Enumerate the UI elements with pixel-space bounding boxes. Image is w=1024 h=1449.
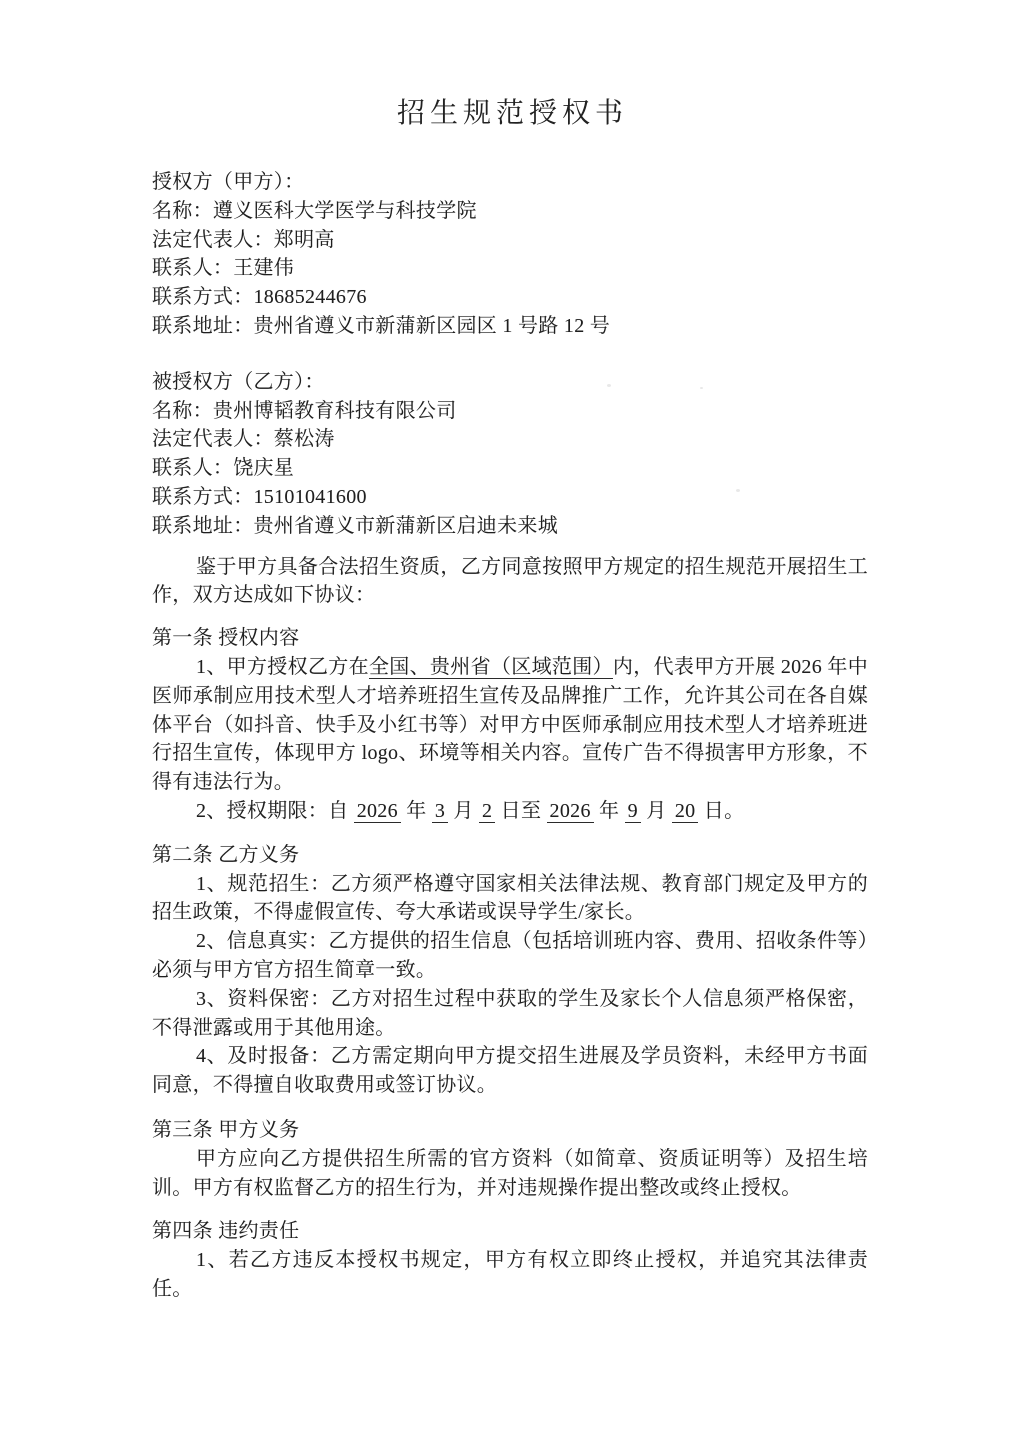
article-4-heading: 第四条 违约责任 [152,1217,868,1246]
party-a-name: 名称：遵义医科大学医学与科技学院 [152,197,868,226]
article-3-section: 第三条 甲方义务 甲方应向乙方提供招生所需的官方资料（如简章、资质证明等）及招生… [152,1116,868,1202]
party-a-address: 联系地址：贵州省遵义市新蒲新区园区 1 号路 12 号 [152,312,868,341]
clause-text: 月 [448,800,479,822]
party-b-heading: 被授权方（乙方）： [152,368,868,397]
preamble-text: 鉴于甲方具备合法招生资质，乙方同意按照甲方规定的招生规范开展招生工作，双方达成如… [152,553,868,611]
underlined-start-year: 2026 [354,800,401,823]
underlined-end-month: 9 [625,800,641,823]
party-b-name: 名称：贵州博韬教育科技有限公司 [152,397,868,426]
party-a-legal-rep: 法定代表人：郑明高 [152,226,868,255]
clause-text: 月 [641,800,672,822]
document-title: 招生规范授权书 [152,94,868,134]
article-4-clause-1: 1、若乙方违反本授权书规定，甲方有权立即终止授权，并追究其法律责任。 [152,1246,868,1304]
party-a-contact: 联系人：王建伟 [152,254,868,283]
party-b-address: 联系地址：贵州省遵义市新蒲新区启迪未来城 [152,512,868,541]
article-1-clause-2: 2、授权期限：自 2026 年 3 月 2 日至 2026 年 9 月 20 日… [152,797,868,826]
article-2-clause-4: 4、及时报备：乙方需定期向甲方提交招生进展及学员资料，未经甲方书面同意，不得擅自… [152,1042,868,1100]
party-b-section: 被授权方（乙方）： 名称：贵州博韬教育科技有限公司 法定代表人：蔡松涛 联系人：… [152,368,868,541]
underlined-end-day: 20 [672,800,699,823]
article-2-clause-1: 1、规范招生：乙方须严格遵守国家相关法律法规、教育部门规定及甲方的招生政策，不得… [152,870,868,928]
underlined-start-month: 3 [432,800,448,823]
party-a-phone: 联系方式：18685244676 [152,283,868,312]
document-page: 招生规范授权书 授权方（甲方）： 名称：遵义医科大学医学与科技学院 法定代表人：… [0,0,1024,1449]
party-b-phone: 联系方式：15101041600 [152,483,868,512]
article-4-section: 第四条 违约责任 1、若乙方违反本授权书规定，甲方有权立即终止授权，并追究其法律… [152,1217,868,1303]
underlined-end-year: 2026 [547,800,594,823]
article-3-body: 甲方应向乙方提供招生所需的官方资料（如简章、资质证明等）及招生培训。甲方有权监督… [152,1145,868,1203]
clause-text: 年 [401,800,432,822]
clause-text: 1、甲方授权乙方在 [196,656,369,678]
article-1-section: 第一条 授权内容 1、甲方授权乙方在全国、贵州省（区域范围）内，代表甲方开展 2… [152,624,868,826]
article-2-heading: 第二条 乙方义务 [152,841,868,870]
article-3-heading: 第三条 甲方义务 [152,1116,868,1145]
party-a-section: 授权方（甲方）： 名称：遵义医科大学医学与科技学院 法定代表人：郑明高 联系人：… [152,168,868,341]
article-2-clause-2: 2、信息真实：乙方提供的招生信息（包括培训班内容、费用、招收条件等）必须与甲方官… [152,927,868,985]
article-1-heading: 第一条 授权内容 [152,624,868,653]
underlined-region-scope: 全国、贵州省（区域范围） [369,656,613,679]
party-a-heading: 授权方（甲方）： [152,168,868,197]
article-2-section: 第二条 乙方义务 1、规范招生：乙方须严格遵守国家相关法律法规、教育部门规定及甲… [152,841,868,1100]
document-content: 招生规范授权书 授权方（甲方）： 名称：遵义医科大学医学与科技学院 法定代表人：… [152,94,868,1304]
party-b-contact: 联系人：饶庆星 [152,454,868,483]
party-b-legal-rep: 法定代表人：蔡松涛 [152,425,868,454]
clause-text: 日至 [495,800,546,822]
clause-text: 日。 [698,800,744,822]
article-1-clause-1: 1、甲方授权乙方在全国、贵州省（区域范围）内，代表甲方开展 2026 年中医师承… [152,653,868,797]
preamble-section: 鉴于甲方具备合法招生资质，乙方同意按照甲方规定的招生规范开展招生工作，双方达成如… [152,553,868,611]
clause-text: 年 [594,800,625,822]
underlined-start-day: 2 [479,800,495,823]
article-2-clause-3: 3、资料保密：乙方对招生过程中获取的学生及家长个人信息须严格保密，不得泄露或用于… [152,985,868,1043]
clause-text: 2、授权期限：自 [196,800,354,822]
